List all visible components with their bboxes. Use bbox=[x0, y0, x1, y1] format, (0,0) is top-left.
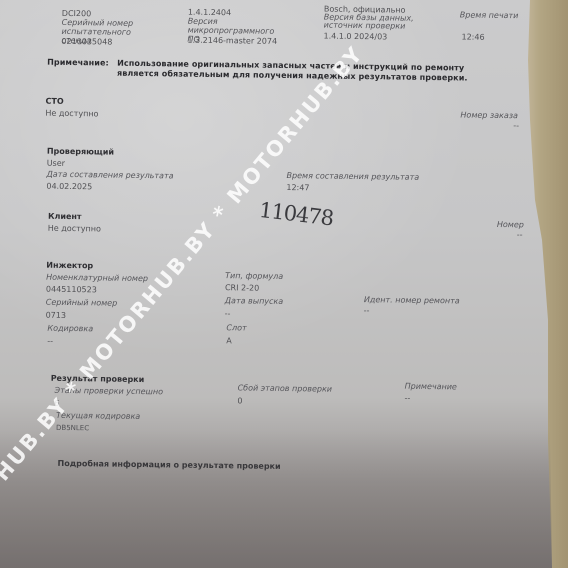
coding-label: Кодировка bbox=[47, 324, 93, 335]
firmware-value: 1.3.2146-master 2074 bbox=[187, 36, 277, 47]
db-version-value: 1.4.1.0 2024/03 bbox=[323, 32, 387, 43]
serial-number-label: Серийный номер bbox=[46, 298, 118, 309]
report-time-value: 12:47 bbox=[286, 183, 309, 193]
sto-heading: СТО bbox=[46, 97, 64, 107]
serial-number-value: 0713 bbox=[46, 311, 66, 321]
type-formula-label: Тип, формула bbox=[225, 271, 283, 282]
coding-value: -- bbox=[47, 337, 53, 347]
release-date-label: Дата выпуска bbox=[225, 296, 284, 307]
report-time-label: Время составления результата bbox=[287, 171, 420, 183]
sto-value: Не доступно bbox=[45, 109, 98, 120]
db-version-label: Версия базы данных, источник проверки bbox=[324, 14, 414, 31]
repair-id-label: Идент. номер ремонта bbox=[364, 295, 460, 306]
result-note-value: -- bbox=[404, 394, 410, 404]
result-note-label: Примечание bbox=[405, 382, 457, 393]
report-date-value: 04.02.2025 bbox=[46, 182, 92, 193]
slot-value: A bbox=[226, 336, 232, 346]
print-time-value: 12:46 bbox=[461, 32, 484, 42]
client-number-label: Номер bbox=[497, 220, 524, 230]
client-heading: Клиент bbox=[48, 212, 82, 222]
order-number-label: Номер заказа bbox=[460, 110, 518, 121]
print-time-label: Время печати bbox=[460, 10, 519, 21]
inspector-heading: Проверяющий bbox=[47, 147, 114, 158]
notice-label: Примечание: bbox=[47, 58, 109, 69]
injector-heading: Инжектор bbox=[46, 261, 93, 272]
type-formula-value: CRI 2-20 bbox=[225, 283, 259, 293]
inspector-name: User bbox=[47, 159, 65, 169]
part-number-value: 0445110523 bbox=[46, 285, 97, 296]
repair-id-value: -- bbox=[364, 306, 370, 316]
failed-stages-value: 0 bbox=[237, 396, 242, 406]
shadow-overlay bbox=[0, 430, 568, 568]
report-date-label: Дата составления результата bbox=[46, 170, 173, 182]
handwritten-number: 110478 bbox=[258, 198, 334, 231]
release-date-value: -- bbox=[225, 309, 231, 319]
client-number-value: -- bbox=[517, 230, 523, 240]
slot-label: Слот bbox=[226, 323, 246, 333]
bench-serial-value: 0210035048 bbox=[61, 37, 112, 48]
failed-stages-label: Сбой этапов проверки bbox=[238, 383, 333, 394]
order-number-value: -- bbox=[513, 121, 519, 131]
client-value: Не доступно bbox=[48, 224, 101, 235]
part-number-label: Номенклатурный номер bbox=[46, 273, 148, 284]
